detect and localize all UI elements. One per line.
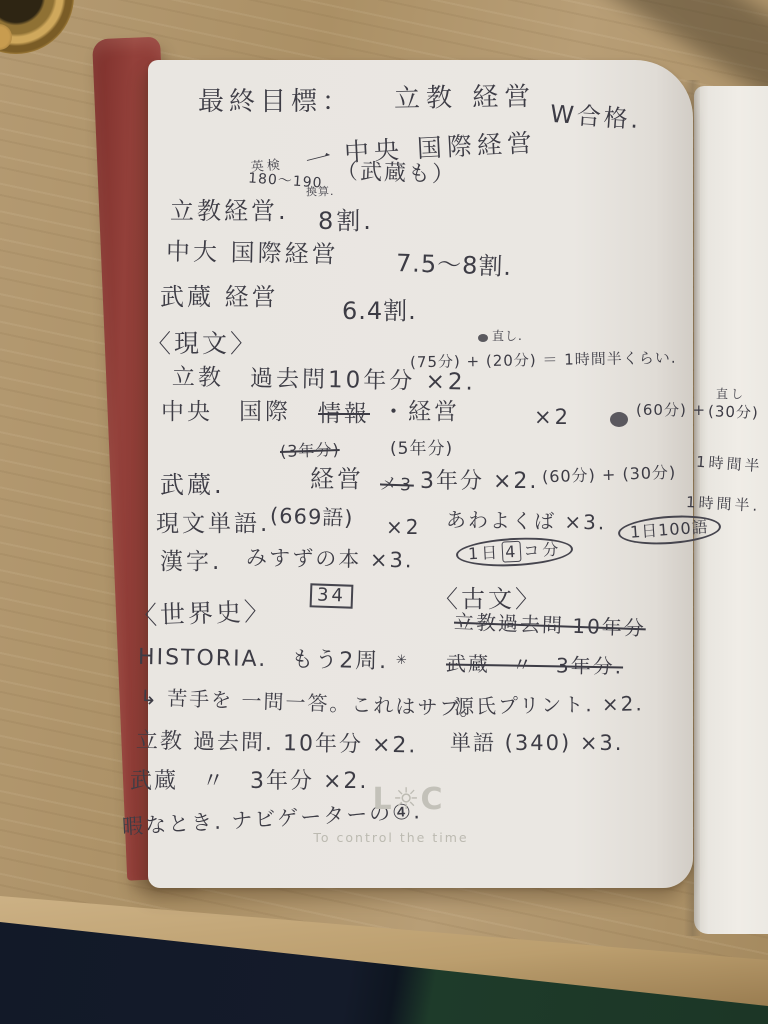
sekaishi-historia: HISTORIA. もう2周. (138, 646, 389, 675)
gendaibun-musashi-label: 武蔵. (160, 472, 225, 498)
target-musashi-score: 6.4割. (342, 298, 417, 324)
kobun-crossed-musashi: 武蔵 〃 3年分. (446, 652, 623, 677)
kanji-daily-number-boxed: 4 (502, 541, 522, 563)
goal-label: 最終目標： (198, 88, 353, 117)
kanji-task: みすずの本 ×3. (246, 547, 414, 573)
goal-connector-dash: 一 (303, 143, 338, 178)
gendaibun-musashi-total: 1時間半. (686, 494, 761, 514)
logo-letter-l: L (372, 782, 392, 817)
double-pass-note: W合格. (549, 101, 642, 134)
years-corrected: (5年分) (390, 440, 453, 459)
target-musashi-school: 武蔵 経営 (160, 284, 279, 310)
small-scribble-mark: ✳ (396, 654, 410, 668)
gendaibun-chuo-crossed-subject: 情報 (318, 402, 370, 427)
gendaibun-chuo-label: 中央 国際 (161, 400, 291, 425)
vocab-stretch-goal: あわよくば ×3. (446, 509, 607, 534)
gendaibun-chuo-time1: (60分) + (636, 402, 706, 419)
target-chuo-school: 中大 国際経営 (166, 238, 339, 267)
photo-scene: 最終目標： 立教 経営 W合格. 一 中央 国際経営 英検 180〜190 換算… (0, 0, 768, 1024)
kobun-genji-task: 源氏プリント. ×2. (454, 692, 644, 717)
naoshi-note-2: 直し (716, 388, 746, 401)
target-rikkyo-score: 8割. (318, 208, 374, 234)
boxed-number-34: 34 (310, 583, 354, 608)
vocab-label: 現文単語. (156, 512, 270, 537)
vocab-count: (669語) (270, 505, 354, 531)
eiken-conversion: 換算. (306, 186, 335, 198)
kobun-heading: 〈古文〉 (434, 586, 542, 612)
sekaishi-heading: 〈世界史〉 (132, 598, 273, 630)
kanji-daily-suffix: コ分 (523, 540, 562, 561)
naoshi-note-1: 直し. (492, 330, 523, 343)
gendaibun-chuo-time2: (30分) (708, 403, 759, 421)
target-chuo-score: 7.5〜8割. (396, 250, 513, 280)
logo-tagline: To control the time (311, 830, 471, 845)
gendaibun-heading: 〈現文〉 (146, 330, 258, 358)
eiken-musashi-note: （武蔵も） (336, 160, 457, 188)
gendaibun-musashi-subject: 経営 (310, 466, 364, 492)
gendaibun-musashi-time: (60分) + (30分) (542, 464, 677, 486)
gendaibun-rikkyo-time: (75分) + (20分) ＝ 1時間半くらい. (410, 350, 677, 371)
target-rikkyo-school: 立教経営. (170, 198, 289, 224)
gendaibun-musashi-task: 3年分 ×2. (420, 470, 538, 494)
gendaibun-chuo-reps: ×2 (534, 406, 571, 429)
goal-school-1: 立教 経営 (394, 83, 537, 114)
sekaishi-musashi-task: 武蔵 〃 3年分 ×2. (130, 770, 368, 794)
kanji-daily-prefix: 1日 (468, 543, 501, 564)
kanji-label: 漢字. (160, 550, 222, 575)
vocab-reps: ×2 (386, 516, 421, 538)
scratched-out-blob (610, 412, 628, 427)
kobun-tango-task: 単語 (340) ×3. (450, 732, 623, 755)
years-crossed-out: (3年分) (280, 441, 340, 461)
kobun-crossed-rikkyo: 立教過去問 10年分 (454, 611, 646, 640)
musashi-crossed-scribble: メ3 (380, 475, 414, 495)
kanji-daily-circled: 1日4コ分 (455, 535, 574, 569)
handwritten-note-page: 最終目標： 立教 経営 W合格. 一 中央 国際経営 英検 180〜190 換算… (148, 60, 693, 888)
sekaishi-rikkyo-task: 立教 過去問. 10年分 ×2. (136, 730, 418, 759)
pen-scribble-mark (478, 334, 488, 342)
sunburst-icon: ☼ (393, 782, 421, 817)
loc-logo: L☼C (358, 782, 458, 817)
sekaishi-weakpoints: ↳ 苦手を 一問一答。これはサブ。 (140, 686, 482, 720)
logo-letter-c: C (421, 782, 444, 817)
gendaibun-chuo-subject: ・経営 (382, 400, 460, 425)
